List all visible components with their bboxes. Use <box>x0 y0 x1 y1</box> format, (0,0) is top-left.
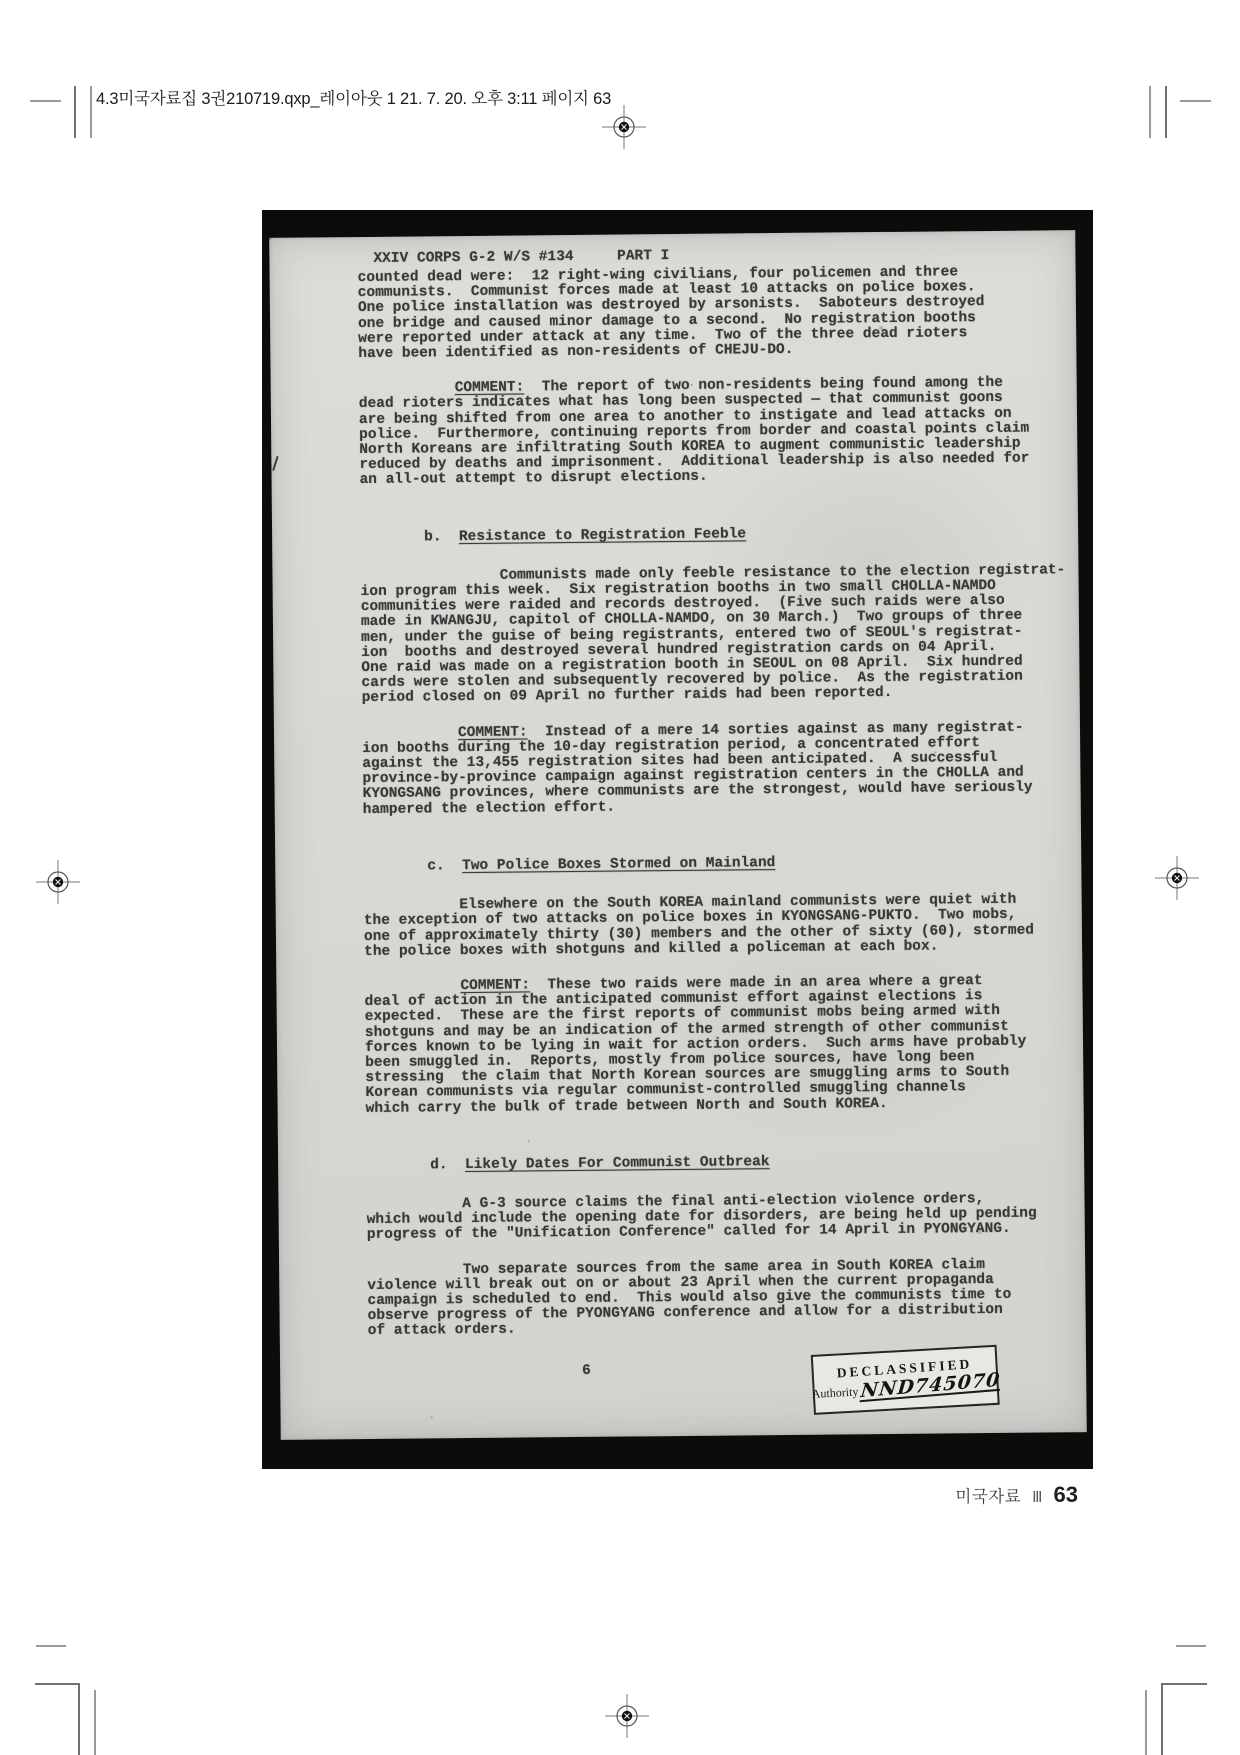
trim-mark <box>30 100 61 102</box>
pen-mark <box>272 456 278 471</box>
trim-mark <box>1161 1683 1163 1755</box>
trim-mark <box>94 1690 96 1755</box>
book-page: { "colors": { "paper": "#d8d8d4", "scan_… <box>0 0 1240 1755</box>
paragraph: A G-3 source claims the final anti-elect… <box>366 1191 1078 1243</box>
footer-series-label: 미국자료 <box>955 1483 1021 1507</box>
document-body: counted dead were: 12 right-wing civilia… <box>358 264 1080 1339</box>
comment-text: These two raids were made in an area whe… <box>365 973 1027 1117</box>
trim-mark <box>90 86 92 138</box>
trim-mark <box>1180 100 1211 102</box>
comment-paragraph: COMMENT: The report of two non-residents… <box>359 375 1072 488</box>
trim-mark <box>1163 1683 1207 1685</box>
footer-page-number: 63 <box>1054 1482 1078 1508</box>
registration-mark-icon <box>605 1694 649 1738</box>
section-title: Likely Dates For Communist Outbreak <box>465 1154 770 1173</box>
trim-mark <box>78 1683 80 1755</box>
trim-mark <box>35 1683 79 1685</box>
comment-paragraph: COMMENT: These two raids were made in an… <box>364 973 1077 1117</box>
section-heading: b. Resistance to Registration Feeble <box>360 524 1072 546</box>
print-layout-header: 4.3미국자료집 3권210719.qxp_레이아웃 1 21. 7. 20. … <box>96 85 611 109</box>
section-letter: c. <box>427 858 462 874</box>
trim-mark <box>1165 86 1167 138</box>
comment-label: COMMENT: <box>460 977 530 994</box>
section-letter: d. <box>430 1157 465 1173</box>
book-footer: 미국자료 Ⅲ 63 <box>955 1482 1078 1508</box>
section-title: Resistance to Registration Feeble <box>459 526 746 545</box>
comment-label: COMMENT: <box>458 724 528 741</box>
trim-mark <box>1176 1645 1206 1647</box>
section-heading: d. Likely Dates For Communist Outbreak <box>366 1152 1078 1174</box>
registration-mark-icon <box>1155 856 1199 900</box>
paragraph: Elsewhere on the South KOREA mainland co… <box>364 892 1077 960</box>
trim-mark <box>74 86 76 138</box>
paragraph: counted dead were: 12 right-wing civilia… <box>358 264 1071 362</box>
document-page-number: 6 <box>582 1363 591 1379</box>
trim-mark <box>1149 86 1151 138</box>
paper-specks <box>269 238 271 240</box>
trim-mark <box>1145 1690 1147 1755</box>
declassified-stamp: DECLASSIFIED Authority NND745070 <box>811 1345 1000 1415</box>
paragraph: Two separate sources from the same area … <box>367 1257 1080 1340</box>
document-title: XXIV CORPS G-2 W/S #134 PART I <box>373 248 669 267</box>
footer-volume-number: Ⅲ <box>1032 1488 1042 1506</box>
section-title: Two Police Boxes Stormed on Mainland <box>462 855 775 874</box>
section-heading: c. Two Police Boxes Stormed on Mainland <box>363 853 1075 875</box>
trim-mark <box>36 1645 66 1647</box>
stamp-authority-label: Authority <box>811 1385 858 1403</box>
scanned-paper: XXIV CORPS G-2 W/S #134 PART I counted d… <box>269 230 1087 1440</box>
registration-mark-icon <box>36 860 80 904</box>
scanned-document-frame: XXIV CORPS G-2 W/S #134 PART I counted d… <box>262 210 1093 1469</box>
paragraph: Communists made only feeble resistance t… <box>360 563 1073 707</box>
comment-paragraph: COMMENT: Instead of a mere 14 sorties ag… <box>362 720 1075 818</box>
section-letter: b. <box>424 529 459 545</box>
registration-mark-icon <box>602 105 646 149</box>
